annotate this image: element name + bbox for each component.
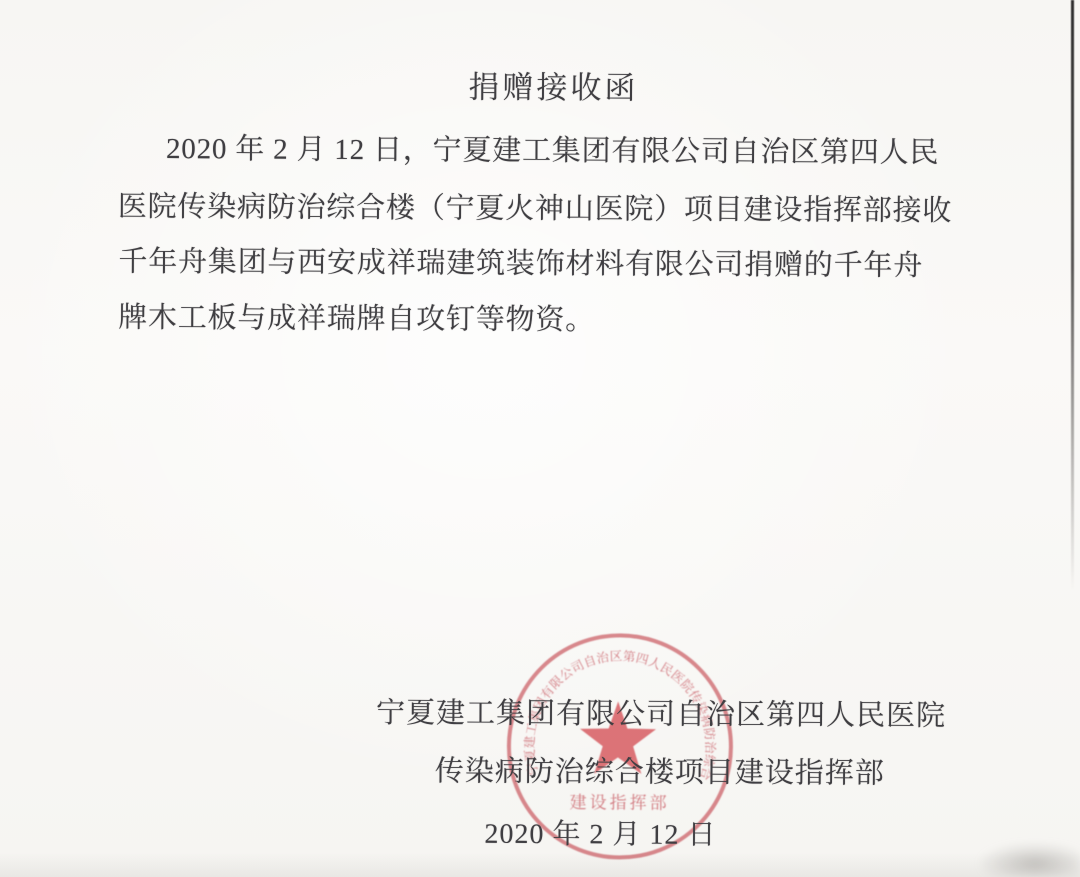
seal-banner-text: 建设指挥部 <box>570 792 670 813</box>
scan-edge-line <box>1071 0 1074 590</box>
body-line-1: 2020 年 2 月 12 日，宁夏建工集团有限公司自治区第四人民 <box>166 126 939 171</box>
signature-line-1: 宁夏建工集团有限公司自治区第四人民医院 <box>376 690 946 734</box>
signature-line-2: 传染病防治综合楼项目建设指挥部 <box>435 748 885 791</box>
body-line-3: 千年舟集团与西安成祥瑞建筑装饰材料有限公司捐赠的千年舟 <box>118 239 923 284</box>
body-line-2: 医院传染病防治综合楼（宁夏火神山医院）项目建设指挥部接收 <box>118 184 953 229</box>
scanned-letter-page: { "document": { "title": "捐赠接收函", "body_… <box>0 0 1080 877</box>
scan-shadow-bottom <box>0 852 1080 877</box>
body-line-4: 牌木工板与成祥瑞牌自攻钉等物资。 <box>118 295 595 338</box>
letter-title: 捐赠接收函 <box>13 59 1080 110</box>
document-page: 捐赠接收函 2020 年 2 月 12 日，宁夏建工集团有限公司自治区第四人民 … <box>0 0 1080 877</box>
signature-date: 2020 年 2 月 12 日 <box>484 812 716 853</box>
